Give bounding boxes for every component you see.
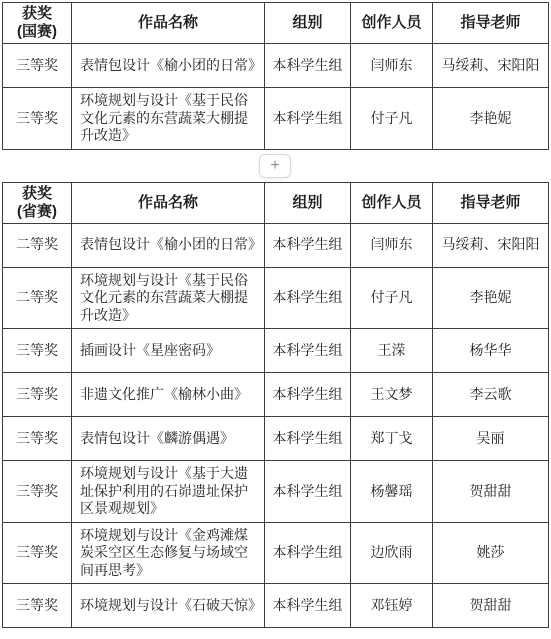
work-name-column-header[interactable]: 作品名称 xyxy=(72,182,265,223)
group-cell[interactable]: 本科学生组 xyxy=(265,88,351,150)
table-header-row: 获奖 (国赛) 作品名称 组别 创作人员 指导老师 xyxy=(3,3,549,44)
group-cell[interactable]: 本科学生组 xyxy=(265,522,351,584)
group-cell[interactable]: 本科学生组 xyxy=(265,461,351,523)
creator-cell[interactable]: 闫师东 xyxy=(351,223,433,267)
creator-cell[interactable]: 付子凡 xyxy=(351,267,433,329)
group-cell[interactable]: 本科学生组 xyxy=(265,44,351,88)
award-level-cell[interactable]: 三等奖 xyxy=(3,522,72,584)
award-table-national: 获奖 (国赛) 作品名称 组别 创作人员 指导老师 三等奖 表情包设计《榆小团的… xyxy=(2,2,549,150)
award-level-cell[interactable]: 三等奖 xyxy=(3,461,72,523)
advisor-cell[interactable]: 李艳妮 xyxy=(433,88,549,150)
table-row: 三等奖 表情包设计《麟游偶遇》 本科学生组 郑丁戈 吴丽 xyxy=(3,417,549,461)
group-cell[interactable]: 本科学生组 xyxy=(265,223,351,267)
creator-column-header[interactable]: 创作人员 xyxy=(351,182,433,223)
creator-cell[interactable]: 王文梦 xyxy=(351,373,433,417)
table-row: 三等奖 环境规划与设计《石破天惊》 本科学生组 邓钰婷 贺甜甜 xyxy=(3,584,549,628)
award-level-cell[interactable]: 三等奖 xyxy=(3,329,72,373)
group-cell[interactable]: 本科学生组 xyxy=(265,417,351,461)
group-cell[interactable]: 本科学生组 xyxy=(265,584,351,628)
advisor-cell[interactable]: 杨华华 xyxy=(433,329,549,373)
creator-cell[interactable]: 郑丁戈 xyxy=(351,417,433,461)
advisor-cell[interactable]: 吴丽 xyxy=(433,417,549,461)
advisor-cell[interactable]: 贺甜甜 xyxy=(433,461,549,523)
group-cell[interactable]: 本科学生组 xyxy=(265,267,351,329)
advisor-cell[interactable]: 马绥莉、宋阳阳 xyxy=(433,44,549,88)
award-scope-label: (省赛) xyxy=(5,203,69,221)
table-row: 三等奖 环境规划与设计《基于民俗文化元素的东营蔬菜大棚提升改造》 本科学生组 付… xyxy=(3,88,549,150)
advisor-cell[interactable]: 李艳妮 xyxy=(433,267,549,329)
table-row: 三等奖 表情包设计《榆小团的日常》 本科学生组 闫师东 马绥莉、宋阳阳 xyxy=(3,44,549,88)
creator-cell[interactable]: 邓钰婷 xyxy=(351,584,433,628)
creator-cell[interactable]: 杨馨瑶 xyxy=(351,461,433,523)
creator-column-header[interactable]: 创作人员 xyxy=(351,3,433,44)
work-title-cell[interactable]: 环境规划与设计《基于民俗文化元素的东营蔬菜大棚提升改造》 xyxy=(72,88,265,150)
award-level-cell[interactable]: 三等奖 xyxy=(3,584,72,628)
work-title-cell[interactable]: 插画设计《星座密码》 xyxy=(72,329,265,373)
work-name-column-header[interactable]: 作品名称 xyxy=(72,3,265,44)
advisor-cell[interactable]: 姚莎 xyxy=(433,522,549,584)
block-gap: + xyxy=(2,150,548,182)
table-row: 三等奖 环境规划与设计《金鸡滩煤炭采空区生态修复与场域空间再思考》 本科学生组 … xyxy=(3,522,549,584)
advisor-cell[interactable]: 李云歌 xyxy=(433,373,549,417)
advisor-cell[interactable]: 马绥莉、宋阳阳 xyxy=(433,223,549,267)
work-title-cell[interactable]: 表情包设计《榆小团的日常》 xyxy=(72,223,265,267)
award-level-cell[interactable]: 三等奖 xyxy=(3,88,72,150)
work-title-cell[interactable]: 表情包设计《榆小团的日常》 xyxy=(72,44,265,88)
award-level-cell[interactable]: 二等奖 xyxy=(3,223,72,267)
table-header-row: 获奖 (省赛) 作品名称 组别 创作人员 指导老师 xyxy=(3,182,549,223)
work-title-cell[interactable]: 环境规划与设计《基于民俗文化元素的东营蔬菜大棚提升改造》 xyxy=(72,267,265,329)
group-column-header[interactable]: 组别 xyxy=(265,3,351,44)
work-title-cell[interactable]: 表情包设计《麟游偶遇》 xyxy=(72,417,265,461)
table-row: 三等奖 环境规划与设计《基于大遗址保护利用的石峁遗址保护区景观规划》 本科学生组… xyxy=(3,461,549,523)
work-title-cell[interactable]: 环境规划与设计《金鸡滩煤炭采空区生态修复与场域空间再思考》 xyxy=(72,522,265,584)
work-title-cell[interactable]: 环境规划与设计《基于大遗址保护利用的石峁遗址保护区景观规划》 xyxy=(72,461,265,523)
group-cell[interactable]: 本科学生组 xyxy=(265,373,351,417)
advisor-column-header[interactable]: 指导老师 xyxy=(433,182,549,223)
insert-block-button[interactable]: + xyxy=(259,154,291,178)
work-title-cell[interactable]: 非遗文化推广《榆林小曲》 xyxy=(72,373,265,417)
award-level-cell[interactable]: 三等奖 xyxy=(3,373,72,417)
creator-cell[interactable]: 闫师东 xyxy=(351,44,433,88)
table-row: 三等奖 非遗文化推广《榆林小曲》 本科学生组 王文梦 李云歌 xyxy=(3,373,549,417)
award-level-cell[interactable]: 二等奖 xyxy=(3,267,72,329)
advisor-cell[interactable]: 贺甜甜 xyxy=(433,584,549,628)
award-level-cell[interactable]: 三等奖 xyxy=(3,44,72,88)
table-row: 二等奖 环境规划与设计《基于民俗文化元素的东营蔬菜大棚提升改造》 本科学生组 付… xyxy=(3,267,549,329)
award-label: 获奖 xyxy=(5,185,69,203)
creator-cell[interactable]: 付子凡 xyxy=(351,88,433,150)
award-scope-label: (国赛) xyxy=(5,23,69,41)
group-column-header[interactable]: 组别 xyxy=(265,182,351,223)
table-row: 三等奖 插画设计《星座密码》 本科学生组 王溁 杨华华 xyxy=(3,329,549,373)
creator-cell[interactable]: 王溁 xyxy=(351,329,433,373)
award-level-column-header[interactable]: 获奖 (省赛) xyxy=(3,182,72,223)
group-cell[interactable]: 本科学生组 xyxy=(265,329,351,373)
advisor-column-header[interactable]: 指导老师 xyxy=(433,3,549,44)
creator-cell[interactable]: 边欣雨 xyxy=(351,522,433,584)
work-title-cell[interactable]: 环境规划与设计《石破天惊》 xyxy=(72,584,265,628)
plus-icon: + xyxy=(270,158,279,174)
award-level-column-header[interactable]: 获奖 (国赛) xyxy=(3,3,72,44)
editor-document-canvas: 获奖 (国赛) 作品名称 组别 创作人员 指导老师 三等奖 表情包设计《榆小团的… xyxy=(0,0,551,639)
award-level-cell[interactable]: 三等奖 xyxy=(3,417,72,461)
award-label: 获奖 xyxy=(5,5,69,23)
table-row: 二等奖 表情包设计《榆小团的日常》 本科学生组 闫师东 马绥莉、宋阳阳 xyxy=(3,223,549,267)
award-table-provincial: 获奖 (省赛) 作品名称 组别 创作人员 指导老师 二等奖 表情包设计《榆小团的… xyxy=(2,182,549,629)
